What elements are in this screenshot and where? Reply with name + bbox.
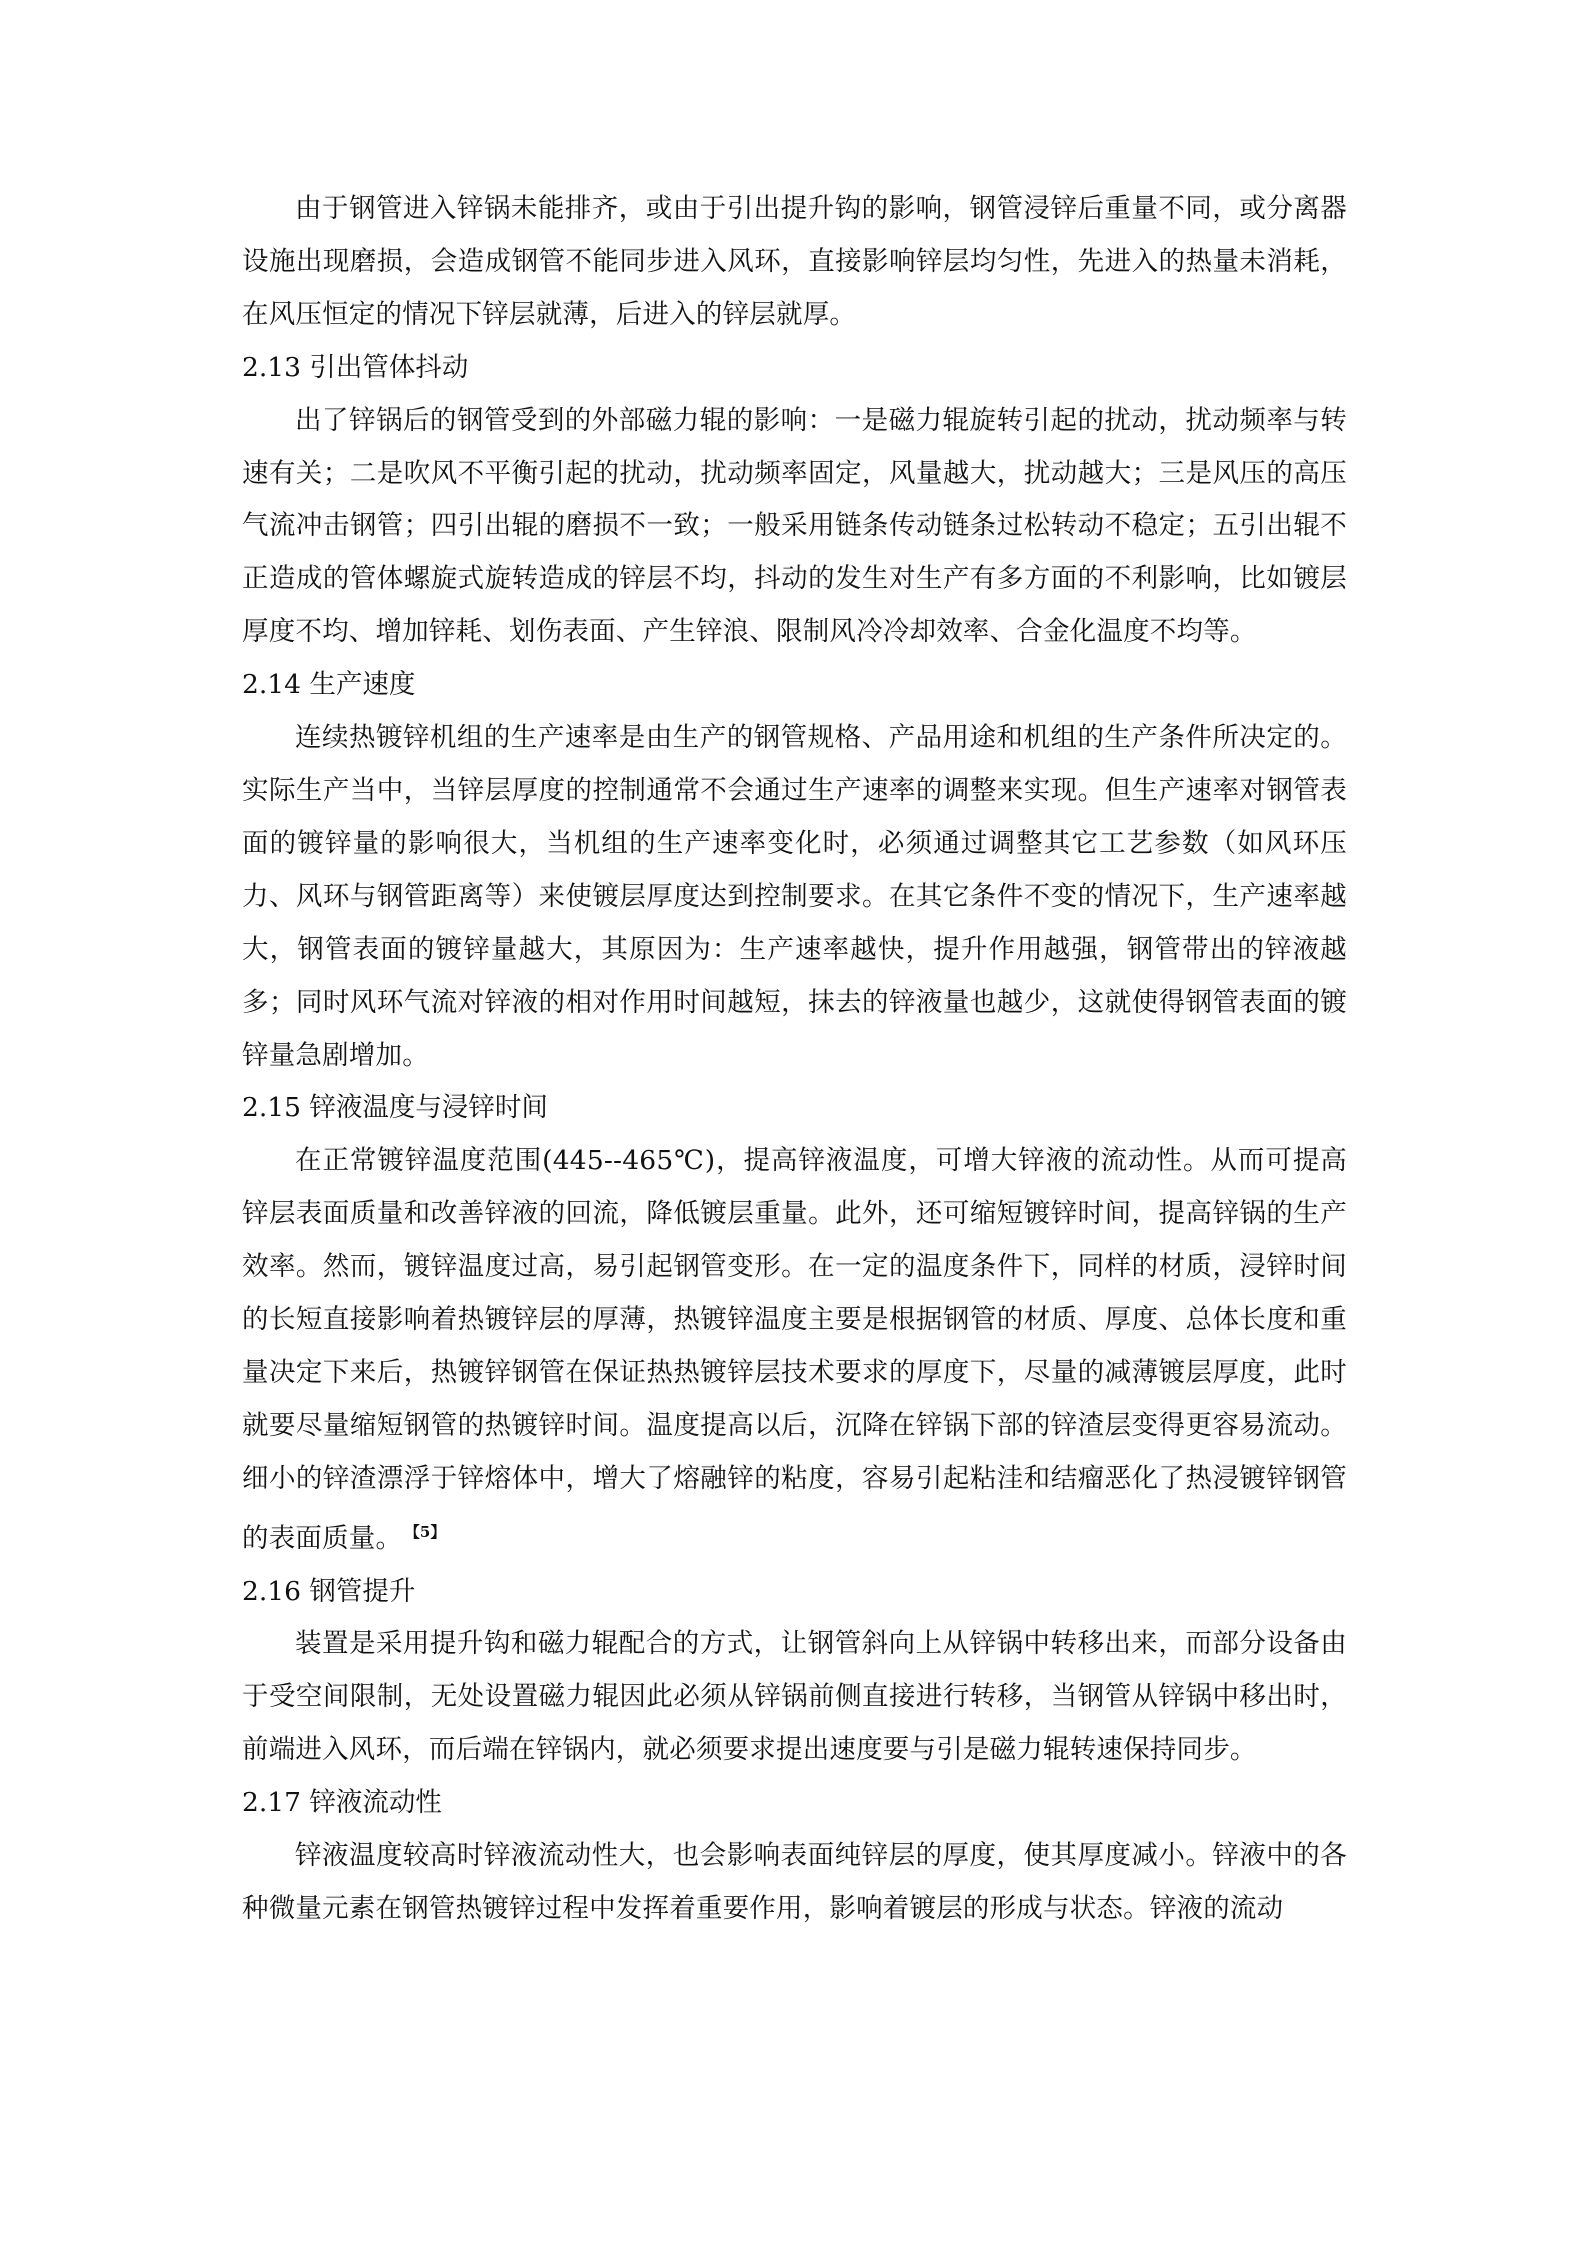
paragraph-zinc-fluidity: 锌液温度较高时锌液流动性大，也会影响表面纯锌层的厚度，使其厚度减小。锌液中的各种… <box>242 1830 1347 1936</box>
paragraph-zinc-temperature: 在正常镀锌温度范围(445--465℃)，提高锌液温度，可增大锌液的流动性。从而… <box>242 1135 1347 1565</box>
section-heading-2-16: 2.16 钢管提升 <box>242 1566 1347 1619</box>
section-heading-2-13: 2.13 引出管体抖动 <box>242 342 1347 395</box>
paragraph-pipe-vibration: 出了锌锅后的钢管受到的外部磁力辊的影响：一是磁力辊旋转引起的扰动，扰动频率与转速… <box>242 395 1347 660</box>
paragraph-production-speed: 连续热镀锌机组的生产速率是由生产的钢管规格、产品用途和机组的生产条件所决定的。实… <box>242 712 1347 1082</box>
section-heading-2-17: 2.17 锌液流动性 <box>242 1777 1347 1830</box>
section-heading-2-14: 2.14 生产速度 <box>242 659 1347 712</box>
paragraph-text: 在正常镀锌温度范围(445--465℃)，提高锌液温度，可增大锌液的流动性。从而… <box>242 1145 1347 1553</box>
citation-marker: 【5】 <box>412 1523 446 1541</box>
section-heading-2-15: 2.15 锌液温度与浸锌时间 <box>242 1082 1347 1135</box>
paragraph-pipe-lifting: 装置是采用提升钩和磁力辊配合的方式，让钢管斜向上从锌锅中转移出来，而部分设备由于… <box>242 1618 1347 1777</box>
document-page: 由于钢管进入锌锅未能排齐，或由于引出提升钩的影响，钢管浸锌后重量不同，或分离器设… <box>242 183 1347 1936</box>
paragraph-pipe-sync: 由于钢管进入锌锅未能排齐，或由于引出提升钩的影响，钢管浸锌后重量不同，或分离器设… <box>242 183 1347 342</box>
